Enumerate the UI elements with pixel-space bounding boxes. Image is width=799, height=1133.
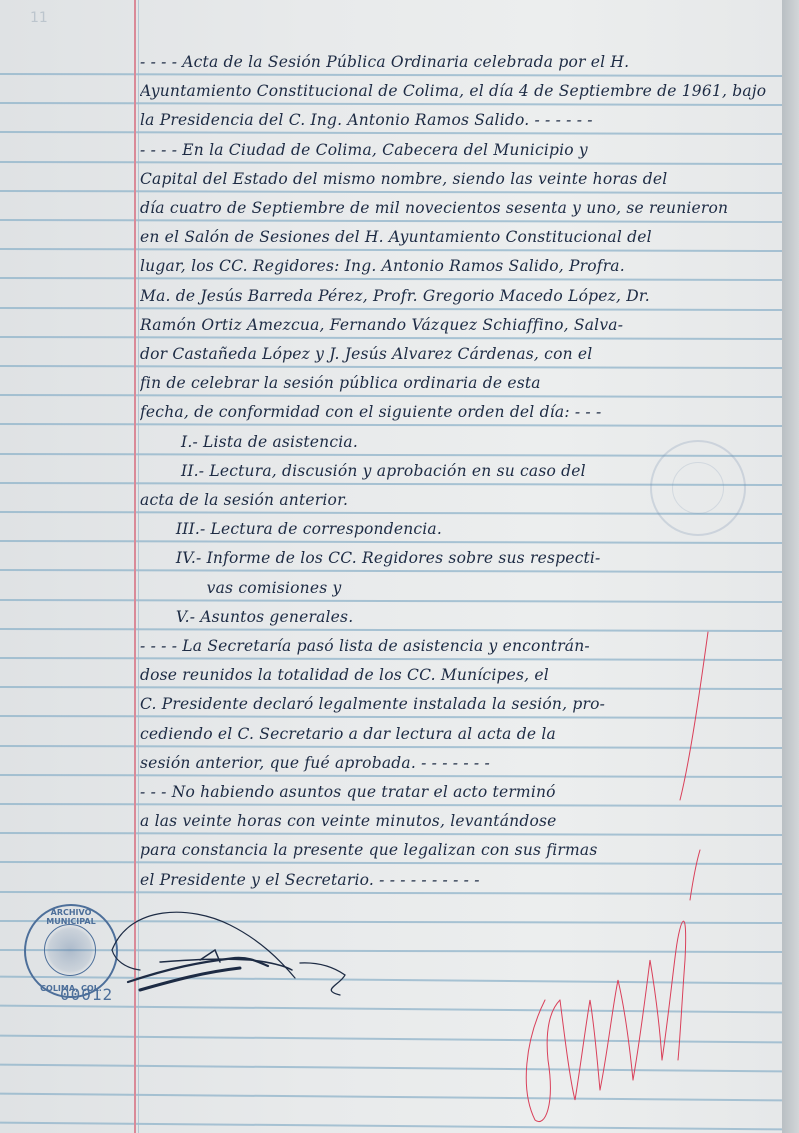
text-line: el Presidente y el Secretario. - - - - -… — [140, 866, 780, 895]
text-line: dor Castañeda López y J. Jesús Alvarez C… — [140, 340, 780, 369]
text-line: fecha, de conformidad con el siguiente o… — [140, 398, 780, 427]
archive-stamp: ARCHIVO MUNICIPAL COLIMA, COL. — [24, 904, 118, 998]
text-line: - - - - Acta de la Sesión Pública Ordina… — [140, 48, 780, 77]
ruled-line — [0, 1005, 782, 1013]
margin-line-blue — [138, 0, 139, 1133]
ruled-line — [0, 920, 782, 924]
text-line: III.- Lectura de correspondencia. — [140, 515, 780, 544]
text-line: Capital del Estado del mismo nombre, sie… — [140, 165, 780, 194]
text-line: dose reunidos la totalidad de los CC. Mu… — [140, 661, 780, 690]
text-line: lugar, los CC. Regidores: Ing. Antonio R… — [140, 252, 780, 281]
text-line: Ma. de Jesús Barreda Pérez, Profr. Grego… — [140, 282, 780, 311]
text-line: cediendo el C. Secretario a dar lectura … — [140, 720, 780, 749]
text-line: fin de celebrar la sesión pública ordina… — [140, 369, 780, 398]
text-line: en el Salón de Sesiones del H. Ayuntamie… — [140, 223, 780, 252]
stamp-number: 00012 — [60, 985, 113, 1004]
text-line: - - - - La Secretaría pasó lista de asis… — [140, 632, 780, 661]
text-line: II.- Lectura, discusión y aprobación en … — [140, 457, 780, 486]
text-line: - - - No habiendo asuntos que tratar el … — [140, 778, 780, 807]
text-line: C. Presidente declaró legalmente instala… — [140, 690, 780, 719]
document-page: 11 - - - - Acta de la Sesión Pública Ord… — [0, 0, 782, 1133]
ruled-line — [0, 1122, 782, 1130]
text-line: acta de la sesión anterior. — [140, 486, 780, 515]
margin-line-red — [134, 0, 136, 1133]
ruled-line — [0, 1034, 782, 1042]
ruled-line — [0, 1063, 782, 1071]
faint-corner-mark: 11 — [30, 10, 48, 26]
text-line: - - - - En la Ciudad de Colima, Cabecera… — [140, 136, 780, 165]
stamp-seal-icon — [44, 924, 96, 976]
ruled-line — [0, 976, 782, 984]
text-line: IV.- Informe de los CC. Regidores sobre … — [140, 544, 780, 573]
text-line: día cuatro de Septiembre de mil novecien… — [140, 194, 780, 223]
president-signature — [112, 912, 345, 995]
ruled-line — [0, 1093, 782, 1101]
text-line: I.- Lista de asistencia. — [140, 428, 780, 457]
text-line: la Presidencia del C. Ing. Antonio Ramos… — [140, 106, 780, 135]
text-line: para constancia la presente que legaliza… — [140, 836, 780, 865]
text-line: a las veinte horas con veinte minutos, l… — [140, 807, 780, 836]
text-line: vas comisiones y — [140, 574, 780, 603]
text-line: Ayuntamiento Constitucional de Colima, e… — [140, 77, 780, 106]
text-line: Ramón Ortiz Amezcua, Fernando Vázquez Sc… — [140, 311, 780, 340]
text-line: V.- Asuntos generales. — [140, 603, 780, 632]
text-line: sesión anterior, que fué aprobada. - - -… — [140, 749, 780, 778]
page-edge — [782, 0, 799, 1133]
